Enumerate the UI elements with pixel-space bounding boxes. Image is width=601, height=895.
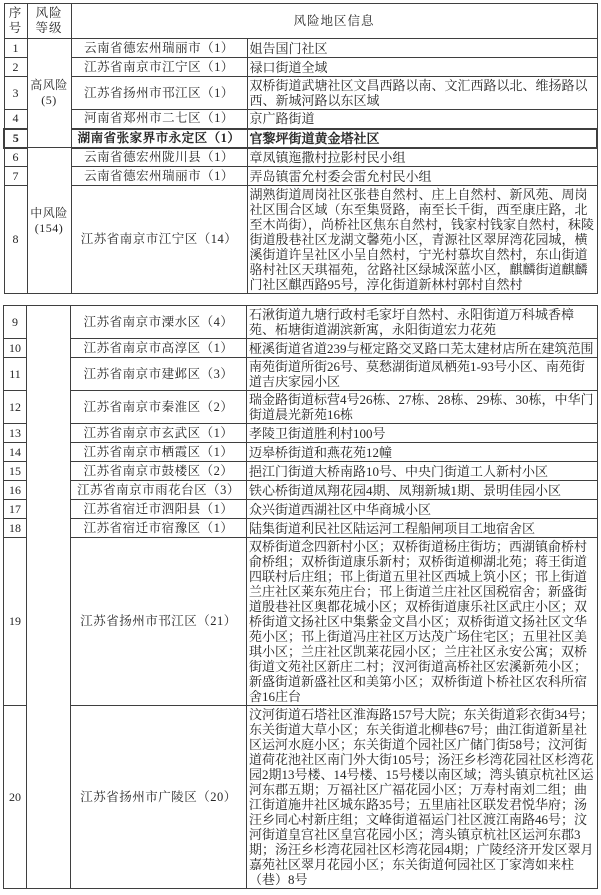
row-seq: 14 bbox=[4, 443, 27, 462]
row-seq: 20 bbox=[4, 706, 27, 889]
header-row: 序号 风险等级 风险地区信息 bbox=[4, 4, 597, 39]
region-name: 江苏省扬州市邗江区（1） bbox=[71, 77, 247, 110]
risk-area-info: 章凤镇迤撒村拉影村民小组 bbox=[247, 148, 597, 167]
row-seq: 1 bbox=[4, 39, 27, 58]
row-seq: 17 bbox=[4, 500, 27, 519]
table-row: 6中风险 (154)云南省德宏州陇川县（1）章凤镇迤撒村拉影村民小组 bbox=[4, 148, 597, 167]
region-name: 江苏省南京市溧水区（4） bbox=[71, 306, 247, 339]
row-seq: 13 bbox=[4, 424, 27, 443]
row-seq: 7 bbox=[4, 167, 27, 186]
region-name: 江苏省南京市江宁区（14） bbox=[71, 186, 247, 294]
table-row: 19江苏省扬州市邗江区（21）双桥街道念四新村小区；双桥街道杨庄街坊；西湖镇俞桥… bbox=[4, 538, 598, 706]
table-row: 12江苏省南京市秦淮区（2）瑞金路街道标营4号26栋、27栋、28栋、29栋、3… bbox=[4, 391, 598, 424]
risk-area-info: 湖熟街道周岗社区张巷自然村、庄上自然村、新风苑、周岗社区围合区域（东至集贤路，南… bbox=[247, 186, 597, 294]
region-name: 云南省德宏州瑞丽市（1） bbox=[71, 39, 247, 58]
row-seq: 10 bbox=[4, 339, 27, 358]
table-row: 1高风险 (5)云南省德宏州瑞丽市（1）姐告国门社区 bbox=[4, 39, 597, 58]
risk-level-cell: 中风险 (154) bbox=[27, 148, 71, 294]
region-name: 江苏省南京市建邺区（3） bbox=[71, 358, 247, 391]
row-seq: 4 bbox=[4, 110, 27, 129]
region-name: 江苏省南京市栖霞区（1） bbox=[71, 443, 247, 462]
table-row: 15江苏省南京市鼓楼区（2）挹江门街道大桥南路10号、中央门街道工人新村小区 bbox=[4, 462, 598, 481]
risk-area-info: 禄口街道全域 bbox=[247, 58, 597, 77]
table-row: 7云南省德宏州瑞丽市（1）弄岛镇雷允村委会雷允村民小组 bbox=[4, 167, 597, 186]
risk-area-info: 弄岛镇雷允村委会雷允村民小组 bbox=[247, 167, 597, 186]
region-name: 江苏省宿迁市宿豫区（1） bbox=[71, 519, 247, 538]
region-name: 江苏省南京市鼓楼区（2） bbox=[71, 462, 247, 481]
table-row: 20江苏省扬州市广陵区（20）汶河街道石塔社区淮海路157号大院；东关街道彩衣街… bbox=[4, 706, 598, 889]
risk-table-bottom: 9江苏省南京市溧水区（4）石湫街道九塘行政村毛家圩自然村、永阳街道万科城香樟苑、… bbox=[3, 305, 598, 889]
table-row: 17江苏省宿迁市泗阳县（1）众兴街道西湖社区中华商城小区 bbox=[4, 500, 598, 519]
risk-area-info: 陆集街道利民社区陆运河工程船闸项目工地宿舍区 bbox=[247, 519, 598, 538]
table-row: 3江苏省扬州市邗江区（1）双桥街道武塘社区文昌西路以南、文汇西路以北、维扬路以西… bbox=[4, 77, 597, 110]
risk-area-info: 南苑街道所街26号、莫愁湖街道凤栖苑1-93号小区、南苑街道吉庆家园小区 bbox=[247, 358, 598, 391]
risk-area-info: 姐告国门社区 bbox=[247, 39, 597, 58]
risk-level-cell: 高风险 (5) bbox=[27, 39, 71, 148]
table-row: 18江苏省宿迁市宿豫区（1）陆集街道利民社区陆运河工程船闸项目工地宿舍区 bbox=[4, 519, 598, 538]
col-header-level: 风险等级 bbox=[27, 4, 71, 39]
risk-area-info: 挹江门街道大桥南路10号、中央门街道工人新村小区 bbox=[247, 462, 598, 481]
region-name: 江苏省南京市雨花台区（3） bbox=[71, 481, 247, 500]
region-name: 江苏省南京市高淳区（1） bbox=[71, 339, 247, 358]
table-row: 9江苏省南京市溧水区（4）石湫街道九塘行政村毛家圩自然村、永阳街道万科城香樟苑、… bbox=[4, 306, 598, 339]
region-name: 云南省德宏州陇川县（1） bbox=[71, 148, 247, 167]
table-row: 2江苏省南京市江宁区（1）禄口街道全域 bbox=[4, 58, 597, 77]
row-seq: 11 bbox=[4, 358, 27, 391]
risk-area-page: 序号 风险等级 风险地区信息 1高风险 (5)云南省德宏州瑞丽市（1）姐告国门社… bbox=[0, 0, 601, 895]
risk-area-info: 双桥街道念四新村小区；双桥街道杨庄街坊；西湖镇俞桥村俞桥组；双桥街道康乐新村；双… bbox=[247, 538, 598, 706]
row-seq: 6 bbox=[4, 148, 27, 167]
table-row: 10江苏省南京市高淳区（1）桠溪街道省道239与桠定路交叉路口芜太建材店所在建筑… bbox=[4, 339, 598, 358]
region-name: 江苏省扬州市邗江区（21） bbox=[71, 538, 247, 706]
region-name: 云南省德宏州瑞丽市（1） bbox=[71, 167, 247, 186]
table-row: 4河南省郑州市二七区（1）京广路街道 bbox=[4, 110, 597, 129]
risk-area-info: 京广路街道 bbox=[247, 110, 597, 129]
risk-area-info: 双桥街道武塘社区文昌西路以南、文汇西路以北、维扬路以西、新城河路以东区域 bbox=[247, 77, 597, 110]
region-name: 江苏省南京市玄武区（1） bbox=[71, 424, 247, 443]
table-row: 13江苏省南京市玄武区（1）孝陵卫街道胜利村100号 bbox=[4, 424, 598, 443]
table-row: 8江苏省南京市江宁区（14）湖熟街道周岗社区张巷自然村、庄上自然村、新风苑、周岗… bbox=[4, 186, 597, 294]
table-row: 5湖南省张家界市永定区（1）官黎坪街道黄金塔社区 bbox=[4, 129, 597, 148]
col-header-seq: 序号 bbox=[4, 4, 27, 39]
col-header-info: 风险地区信息 bbox=[71, 4, 597, 39]
risk-level-cell bbox=[27, 306, 71, 889]
region-name: 江苏省宿迁市泗阳县（1） bbox=[71, 500, 247, 519]
table-row: 14江苏省南京市栖霞区（1）迈皋桥街道和燕花苑12幢 bbox=[4, 443, 598, 462]
risk-area-info: 石湫街道九塘行政村毛家圩自然村、永阳街道万科城香樟苑、柘塘街道湖滨新寓，永阳街道… bbox=[247, 306, 598, 339]
row-seq: 8 bbox=[4, 186, 27, 294]
risk-area-info: 桠溪街道省道239与桠定路交叉路口芜太建材店所在建筑范围 bbox=[247, 339, 598, 358]
region-name: 江苏省扬州市广陵区（20） bbox=[71, 706, 247, 889]
risk-area-info: 铁心桥街道凤翔花园4期、凤翔新城1期、景明佳园小区 bbox=[247, 481, 598, 500]
region-name: 江苏省南京市江宁区（1） bbox=[71, 58, 247, 77]
row-seq: 2 bbox=[4, 58, 27, 77]
risk-area-info: 众兴街道西湖社区中华商城小区 bbox=[247, 500, 598, 519]
row-seq: 19 bbox=[4, 538, 27, 706]
row-seq: 12 bbox=[4, 391, 27, 424]
risk-area-info: 汶河街道石塔社区淮海路157号大院；东关街道彩衣街34号；东关街道大草小区；东关… bbox=[247, 706, 598, 889]
risk-area-info: 孝陵卫街道胜利村100号 bbox=[247, 424, 598, 443]
risk-table-top: 序号 风险等级 风险地区信息 1高风险 (5)云南省德宏州瑞丽市（1）姐告国门社… bbox=[3, 3, 598, 294]
region-name: 湖南省张家界市永定区（1） bbox=[71, 129, 247, 148]
table-row: 11江苏省南京市建邺区（3）南苑街道所街26号、莫愁湖街道凤栖苑1-93号小区、… bbox=[4, 358, 598, 391]
table-gap bbox=[3, 294, 598, 305]
region-name: 江苏省南京市秦淮区（2） bbox=[71, 391, 247, 424]
row-seq: 16 bbox=[4, 481, 27, 500]
row-seq: 9 bbox=[4, 306, 27, 339]
row-seq: 18 bbox=[4, 519, 27, 538]
row-seq: 15 bbox=[4, 462, 27, 481]
table-row: 16江苏省南京市雨花台区（3）铁心桥街道凤翔花园4期、凤翔新城1期、景明佳园小区 bbox=[4, 481, 598, 500]
row-seq: 5 bbox=[4, 129, 27, 148]
risk-area-info: 官黎坪街道黄金塔社区 bbox=[247, 129, 597, 148]
region-name: 河南省郑州市二七区（1） bbox=[71, 110, 247, 129]
risk-area-info: 迈皋桥街道和燕花苑12幢 bbox=[247, 443, 598, 462]
row-seq: 3 bbox=[4, 77, 27, 110]
risk-area-info: 瑞金路街道标营4号26栋、27栋、28栋、29栋、30栋，中华门街道晨光新苑16… bbox=[247, 391, 598, 424]
